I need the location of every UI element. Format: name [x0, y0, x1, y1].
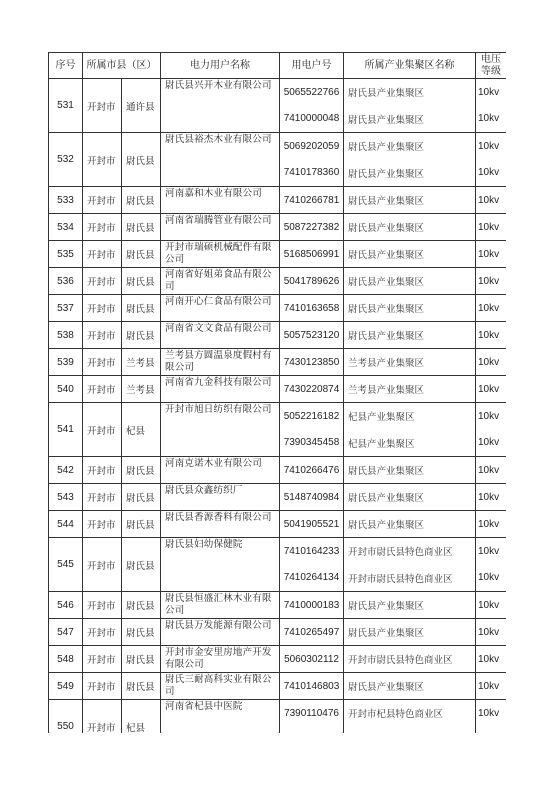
row-user-name: 尉氏县众鑫纺织厂	[161, 484, 280, 511]
row-zone-name: 开封市尉氏县特色商业区	[344, 538, 476, 565]
power-user-table-sheet: 序号 所属市县（区） 电力用户名称 用电户号 所属产业集聚区名称 电压等级 53…	[48, 52, 506, 733]
row-zone-name: 尉氏县产业集聚区	[344, 322, 476, 349]
row-city: 开封市	[83, 484, 122, 511]
table-row: 535开封市尉氏县开封市瑞硕机械配件有限公司5168506991尉氏县产业集聚区…	[49, 241, 507, 268]
row-seq: 543	[49, 484, 83, 511]
row-account-number: 7410163658	[280, 295, 344, 322]
row-county: 尉氏县	[122, 646, 161, 673]
row-zone-name: 尉氏县产业集聚区	[344, 187, 476, 214]
row-account-number: 5065522766	[280, 79, 344, 106]
row-user-name: 尉氏县妇幼保健院	[161, 538, 280, 592]
row-seq: 536	[49, 268, 83, 295]
row-county: 尉氏县	[122, 457, 161, 484]
row-account-number: 5087227382	[280, 214, 344, 241]
row-city: 开封市	[83, 646, 122, 673]
table-row: 548开封市尉氏县开封市金安里房地产开发有限公司5060302112开封市尉氏县…	[49, 646, 507, 673]
row-voltage: 10kv	[476, 214, 507, 241]
row-account-number: 7410000183	[280, 592, 344, 619]
row-county: 尉氏县	[122, 484, 161, 511]
row-seq: 531	[49, 79, 83, 133]
row-county: 尉氏县	[122, 511, 161, 538]
row-seq: 541	[49, 403, 83, 457]
row-county: 兰考县	[122, 376, 161, 403]
table-row: 539开封市兰考县兰考县方圆温泉度假村有限公司7430123850兰考县产业集聚…	[49, 349, 507, 376]
row-city: 开封市	[83, 79, 122, 133]
row-user-name: 尉氏县裕杰木业有限公司	[161, 133, 280, 187]
row-account-number: 5041905521	[280, 511, 344, 538]
header-account: 用电户号	[280, 53, 344, 79]
row-user-name: 河南省九金科技有限公司	[161, 376, 280, 403]
row-zone-name: 尉氏县产业集聚区	[344, 673, 476, 700]
row-account-number: 5057523120	[280, 322, 344, 349]
row-seq: 542	[49, 457, 83, 484]
row-city: 开封市	[83, 457, 122, 484]
table-row: 531开封市通许县尉氏县兴开木业有限公司5065522766尉氏县产业集聚区10…	[49, 79, 507, 106]
row-user-name: 尉氏县兴开木业有限公司	[161, 79, 280, 133]
table-row: 533开封市尉氏县河南嘉和木业有限公司7410266781尉氏县产业集聚区10k…	[49, 187, 507, 214]
row-seq: 533	[49, 187, 83, 214]
table-row: 545开封市尉氏县尉氏县妇幼保健院7410164233开封市尉氏县特色商业区10…	[49, 538, 507, 565]
row-account-number: 5069202059	[280, 133, 344, 160]
row-account-number: 7410265497	[280, 619, 344, 646]
table-row: 534开封市尉氏县河南省瑞腾管业有限公司5087227382尉氏县产业集聚区10…	[49, 214, 507, 241]
row-voltage: 10kv	[476, 133, 507, 160]
row-voltage: 10kv	[476, 403, 507, 430]
row-city: 开封市	[83, 619, 122, 646]
row-city: 开封市	[83, 376, 122, 403]
row-county: 兰考县	[122, 349, 161, 376]
row-county: 尉氏县	[122, 133, 161, 187]
row-voltage: 10kv	[476, 79, 507, 106]
table-body: 531开封市通许县尉氏县兴开木业有限公司5065522766尉氏县产业集聚区10…	[49, 79, 507, 734]
row-seq: 532	[49, 133, 83, 187]
power-user-table: 序号 所属市县（区） 电力用户名称 用电户号 所属产业集聚区名称 电压等级 53…	[48, 52, 506, 733]
row-zone-name	[344, 727, 476, 734]
row-seq: 545	[49, 538, 83, 592]
row-city: 开封市	[83, 700, 122, 734]
row-voltage: 10kv	[476, 241, 507, 268]
row-seq: 535	[49, 241, 83, 268]
table-row: 544开封市尉氏县尉氏县香源香料有限公司5041905521尉氏县产业集聚区10…	[49, 511, 507, 538]
header-row: 序号 所属市县（区） 电力用户名称 用电户号 所属产业集聚区名称 电压等级	[49, 53, 507, 79]
row-zone-name: 尉氏县产业集聚区	[344, 79, 476, 106]
row-voltage: 10kv	[476, 592, 507, 619]
row-zone-name: 尉氏县产业集聚区	[344, 457, 476, 484]
row-county: 尉氏县	[122, 619, 161, 646]
table-row: 538开封市尉氏县河南省文文食品有限公司5057523120尉氏县产业集聚区10…	[49, 322, 507, 349]
row-user-name: 开封市瑞硕机械配件有限公司	[161, 241, 280, 268]
row-voltage: 10kv	[476, 565, 507, 592]
row-user-name: 尉氏县万发能源有限公司	[161, 619, 280, 646]
row-city: 开封市	[83, 403, 122, 457]
row-county: 尉氏县	[122, 214, 161, 241]
header-name: 电力用户名称	[161, 53, 280, 79]
row-zone-name: 尉氏县产业集聚区	[344, 214, 476, 241]
row-zone-name: 兰考县产业集聚区	[344, 349, 476, 376]
row-zone-name: 尉氏县产业集聚区	[344, 511, 476, 538]
header-region: 所属市县（区）	[83, 53, 161, 79]
row-zone-name: 尉氏县产业集聚区	[344, 592, 476, 619]
row-seq: 550	[49, 700, 83, 734]
row-account-number: 7390110476	[280, 700, 344, 727]
row-county: 尉氏县	[122, 187, 161, 214]
row-voltage: 10kv	[476, 538, 507, 565]
row-account-number: 7410000048	[280, 106, 344, 133]
row-seq: 544	[49, 511, 83, 538]
row-voltage: 10kv	[476, 430, 507, 457]
row-city: 开封市	[83, 349, 122, 376]
row-zone-name: 尉氏县产业集聚区	[344, 268, 476, 295]
row-zone-name: 尉氏县产业集聚区	[344, 160, 476, 187]
row-city: 开封市	[83, 673, 122, 700]
row-voltage: 10kv	[476, 700, 507, 727]
row-seq: 549	[49, 673, 83, 700]
header-zone: 所属产业集聚区名称	[344, 53, 476, 79]
row-account-number: 7430123850	[280, 349, 344, 376]
row-account-number: 7410266781	[280, 187, 344, 214]
row-county: 杞县	[122, 403, 161, 457]
row-county: 尉氏县	[122, 241, 161, 268]
row-voltage	[476, 727, 507, 734]
row-county: 杞县	[122, 700, 161, 734]
table-row: 547开封市尉氏县尉氏县万发能源有限公司7410265497尉氏县产业集聚区10…	[49, 619, 507, 646]
row-seq: 538	[49, 322, 83, 349]
row-city: 开封市	[83, 214, 122, 241]
row-account-number: 7410178360	[280, 160, 344, 187]
row-county: 尉氏县	[122, 673, 161, 700]
row-account-number: 5041789626	[280, 268, 344, 295]
row-county: 尉氏县	[122, 322, 161, 349]
row-account-number: 7410264134	[280, 565, 344, 592]
row-seq: 539	[49, 349, 83, 376]
row-user-name: 河南省文文食品有限公司	[161, 322, 280, 349]
row-account-number: 5060302112	[280, 646, 344, 673]
row-city: 开封市	[83, 187, 122, 214]
row-city: 开封市	[83, 592, 122, 619]
row-county: 尉氏县	[122, 592, 161, 619]
row-seq: 547	[49, 619, 83, 646]
row-user-name: 河南克诺木业有限公司	[161, 457, 280, 484]
row-account-number: 7410146803	[280, 673, 344, 700]
row-account-number: 5168506991	[280, 241, 344, 268]
row-voltage: 10kv	[476, 376, 507, 403]
row-city: 开封市	[83, 133, 122, 187]
table-row: 532开封市尉氏县尉氏县裕杰木业有限公司5069202059尉氏县产业集聚区10…	[49, 133, 507, 160]
row-voltage: 10kv	[476, 295, 507, 322]
row-account-number: 5148740984	[280, 484, 344, 511]
row-user-name: 河南开心仁食品有限公司	[161, 295, 280, 322]
table-row: 536开封市尉氏县河南省好姐弟食品有限公司5041789626尉氏县产业集聚区1…	[49, 268, 507, 295]
row-zone-name: 尉氏县产业集聚区	[344, 484, 476, 511]
table-row: 546开封市尉氏县尉氏县恒盛汇林木业有限公司7410000183尉氏县产业集聚区…	[49, 592, 507, 619]
row-zone-name: 尉氏县产业集聚区	[344, 133, 476, 160]
row-zone-name: 开封市尉氏县特色商业区	[344, 565, 476, 592]
row-city: 开封市	[83, 511, 122, 538]
row-user-name: 河南省好姐弟食品有限公司	[161, 268, 280, 295]
table-row: 550开封市杞县河南省杞县中医院7390110476开封市杞县特色商业区10kv	[49, 700, 507, 727]
row-voltage: 10kv	[476, 268, 507, 295]
row-voltage: 10kv	[476, 457, 507, 484]
row-voltage: 10kv	[476, 646, 507, 673]
row-account-number: 5052216182	[280, 403, 344, 430]
row-user-name: 兰考县方圆温泉度假村有限公司	[161, 349, 280, 376]
row-account-number: 7390345458	[280, 430, 344, 457]
row-zone-name: 尉氏县产业集聚区	[344, 295, 476, 322]
row-city: 开封市	[83, 538, 122, 592]
row-account-number: 7410164233	[280, 538, 344, 565]
table-row: 541开封市杞县开封市旭日纺织有限公司5052216182杞县产业集聚区10kv	[49, 403, 507, 430]
row-user-name: 河南省杞县中医院	[161, 700, 280, 734]
row-seq: 534	[49, 214, 83, 241]
table-row: 537开封市尉氏县河南开心仁食品有限公司7410163658尉氏县产业集聚区10…	[49, 295, 507, 322]
row-voltage: 10kv	[476, 484, 507, 511]
row-voltage: 10kv	[476, 511, 507, 538]
header-seq: 序号	[49, 53, 83, 79]
row-city: 开封市	[83, 322, 122, 349]
row-user-name: 开封市旭日纺织有限公司	[161, 403, 280, 457]
row-zone-name: 兰考县产业集聚区	[344, 376, 476, 403]
row-zone-name: 杞县产业集聚区	[344, 430, 476, 457]
row-voltage: 10kv	[476, 106, 507, 133]
row-voltage: 10kv	[476, 160, 507, 187]
row-city: 开封市	[83, 268, 122, 295]
row-voltage: 10kv	[476, 349, 507, 376]
row-voltage: 10kv	[476, 619, 507, 646]
header-voltage: 电压等级	[476, 53, 507, 79]
row-seq: 546	[49, 592, 83, 619]
row-zone-name: 开封市尉氏县特色商业区	[344, 646, 476, 673]
row-user-name: 开封市金安里房地产开发有限公司	[161, 646, 280, 673]
row-user-name: 河南省瑞腾管业有限公司	[161, 214, 280, 241]
row-seq: 540	[49, 376, 83, 403]
row-voltage: 10kv	[476, 673, 507, 700]
row-account-number: 7410266476	[280, 457, 344, 484]
row-account-number	[280, 727, 344, 734]
row-zone-name: 尉氏县产业集聚区	[344, 241, 476, 268]
table-row: 549开封市尉氏县尉氏三耐高科实业有限公司7410146803尉氏县产业集聚区1…	[49, 673, 507, 700]
row-seq: 537	[49, 295, 83, 322]
table-row: 540开封市兰考县河南省九金科技有限公司7430220874兰考县产业集聚区10…	[49, 376, 507, 403]
row-voltage: 10kv	[476, 322, 507, 349]
row-county: 通许县	[122, 79, 161, 133]
row-user-name: 尉氏县香源香料有限公司	[161, 511, 280, 538]
row-voltage: 10kv	[476, 187, 507, 214]
row-city: 开封市	[83, 241, 122, 268]
table-row: 543开封市尉氏县尉氏县众鑫纺织厂5148740984尉氏县产业集聚区10kv	[49, 484, 507, 511]
row-county: 尉氏县	[122, 538, 161, 592]
row-zone-name: 尉氏县产业集聚区	[344, 619, 476, 646]
row-user-name: 尉氏三耐高科实业有限公司	[161, 673, 280, 700]
table-row: 542开封市尉氏县河南克诺木业有限公司7410266476尉氏县产业集聚区10k…	[49, 457, 507, 484]
row-county: 尉氏县	[122, 295, 161, 322]
row-user-name: 河南嘉和木业有限公司	[161, 187, 280, 214]
row-user-name: 尉氏县恒盛汇林木业有限公司	[161, 592, 280, 619]
row-zone-name: 杞县产业集聚区	[344, 403, 476, 430]
row-seq: 548	[49, 646, 83, 673]
row-zone-name: 开封市杞县特色商业区	[344, 700, 476, 727]
row-city: 开封市	[83, 295, 122, 322]
row-account-number: 7430220874	[280, 376, 344, 403]
row-county: 尉氏县	[122, 268, 161, 295]
row-zone-name: 尉氏县产业集聚区	[344, 106, 476, 133]
